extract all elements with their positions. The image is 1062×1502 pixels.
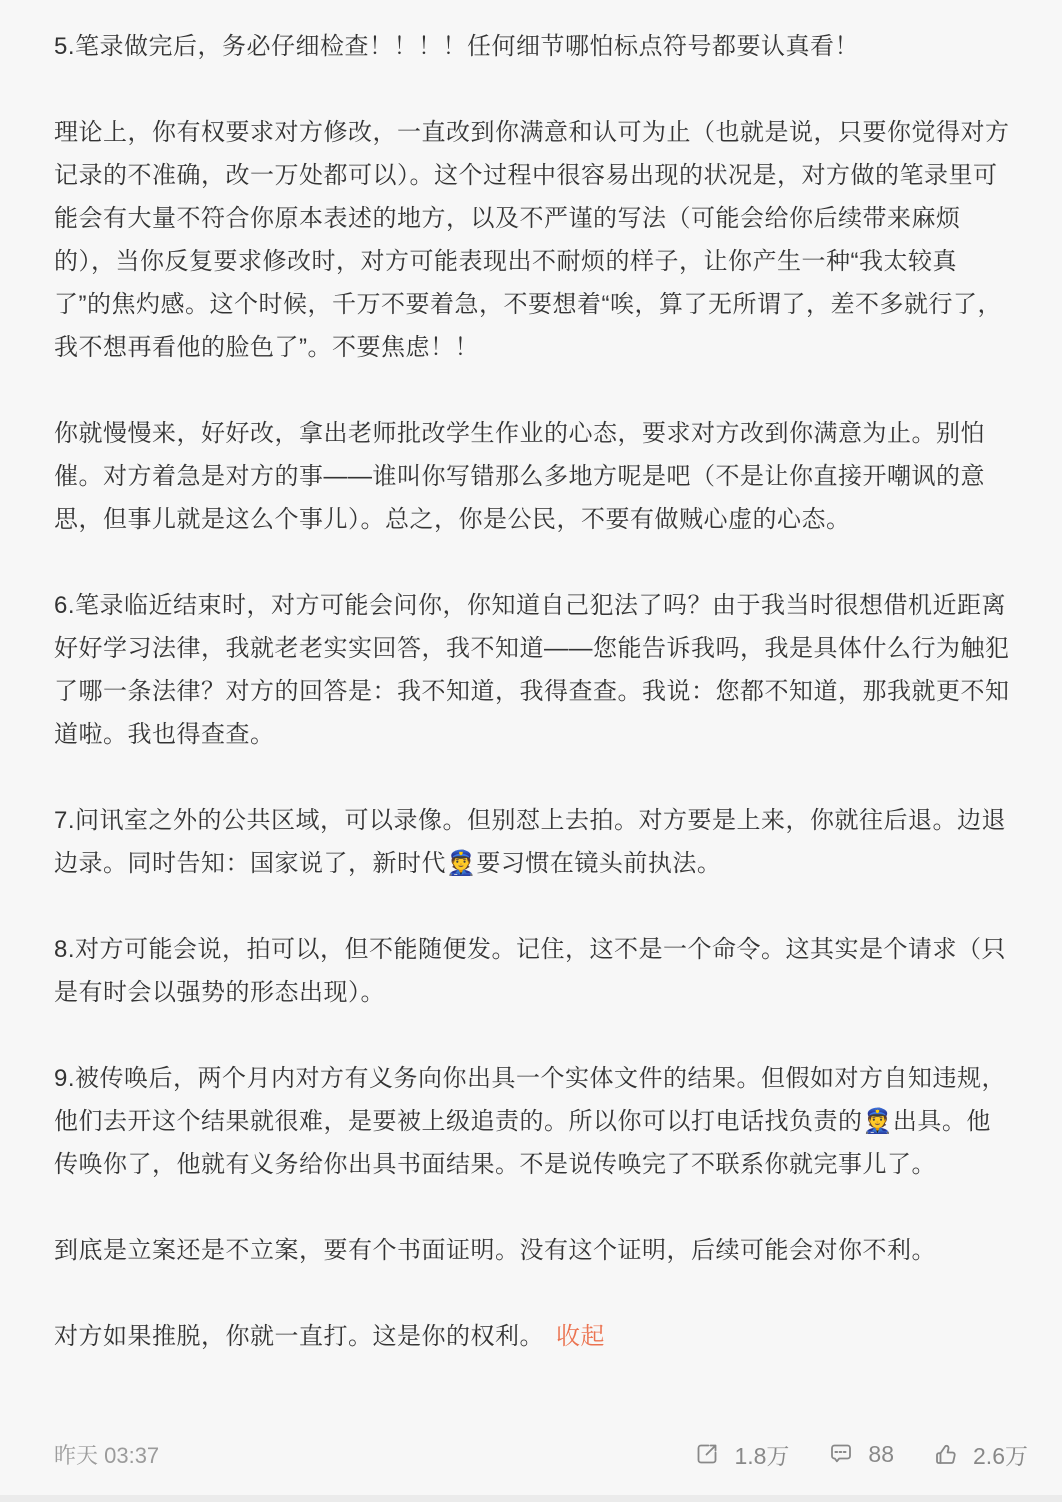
post-paragraph: 到底是立案还是不立案，要有个书面证明。没有这个证明，后续可能会对你不利。 [54, 1229, 1012, 1272]
post-content: 5.笔录做完后，务必仔细检查！！！！任何细节哪怕标点符号都要认真看！ 理论上，你… [0, 0, 1062, 1358]
post-paragraph: 对方如果推脱，你就一直打。这是你的权利。收起 [54, 1315, 1012, 1358]
section-divider [0, 1495, 1062, 1502]
post-footer-bar: 昨天 03:37 1.8万 88 [54, 1432, 1028, 1476]
post-paragraph: 理论上，你有权要求对方修改，一直改到你满意和认可为止（也就是说，只要你觉得对方记… [54, 111, 1012, 369]
comment-count: 88 [868, 1441, 894, 1468]
collapse-link[interactable]: 收起 [556, 1323, 605, 1350]
post-paragraph-text: 对方如果推脱，你就一直打。这是你的权利。 [54, 1323, 544, 1350]
post-paragraph: 8.对方可能会说，拍可以，但不能随便发。记住，这不是一个命令。这其实是个请求（只… [54, 928, 1012, 1014]
share-icon [693, 1440, 721, 1468]
share-count: 1.8万 [734, 1438, 789, 1471]
comment-icon [827, 1440, 855, 1468]
post-timestamp: 昨天 03:37 [54, 1439, 159, 1470]
post-paragraph: 你就慢慢来，好好改，拿出老师批改学生作业的心态，要求对方改到你满意为止。别怕催。… [54, 412, 1012, 541]
action-group: 1.8万 88 2.6万 [693, 1438, 1028, 1471]
comment-button[interactable]: 88 [827, 1440, 894, 1468]
post-paragraph: 9.被传唤后，两个月内对方有义务向你出具一个实体文件的结果。但假如对方自知违规，… [54, 1057, 1012, 1186]
thumbs-up-icon [932, 1440, 960, 1468]
post-paragraph: 7.问讯室之外的公共区域，可以录像。但别怼上去拍。对方要是上来，你就往后退。边退… [54, 799, 1012, 885]
like-button[interactable]: 2.6万 [932, 1438, 1028, 1471]
share-button[interactable]: 1.8万 [693, 1438, 789, 1471]
post-paragraph: 6.笔录临近结束时，对方可能会问你，你知道自己犯法了吗？由于我当时很想借机近距离… [54, 584, 1012, 756]
like-count: 2.6万 [973, 1438, 1028, 1471]
post-paragraph: 5.笔录做完后，务必仔细检查！！！！任何细节哪怕标点符号都要认真看！ [54, 25, 1012, 68]
